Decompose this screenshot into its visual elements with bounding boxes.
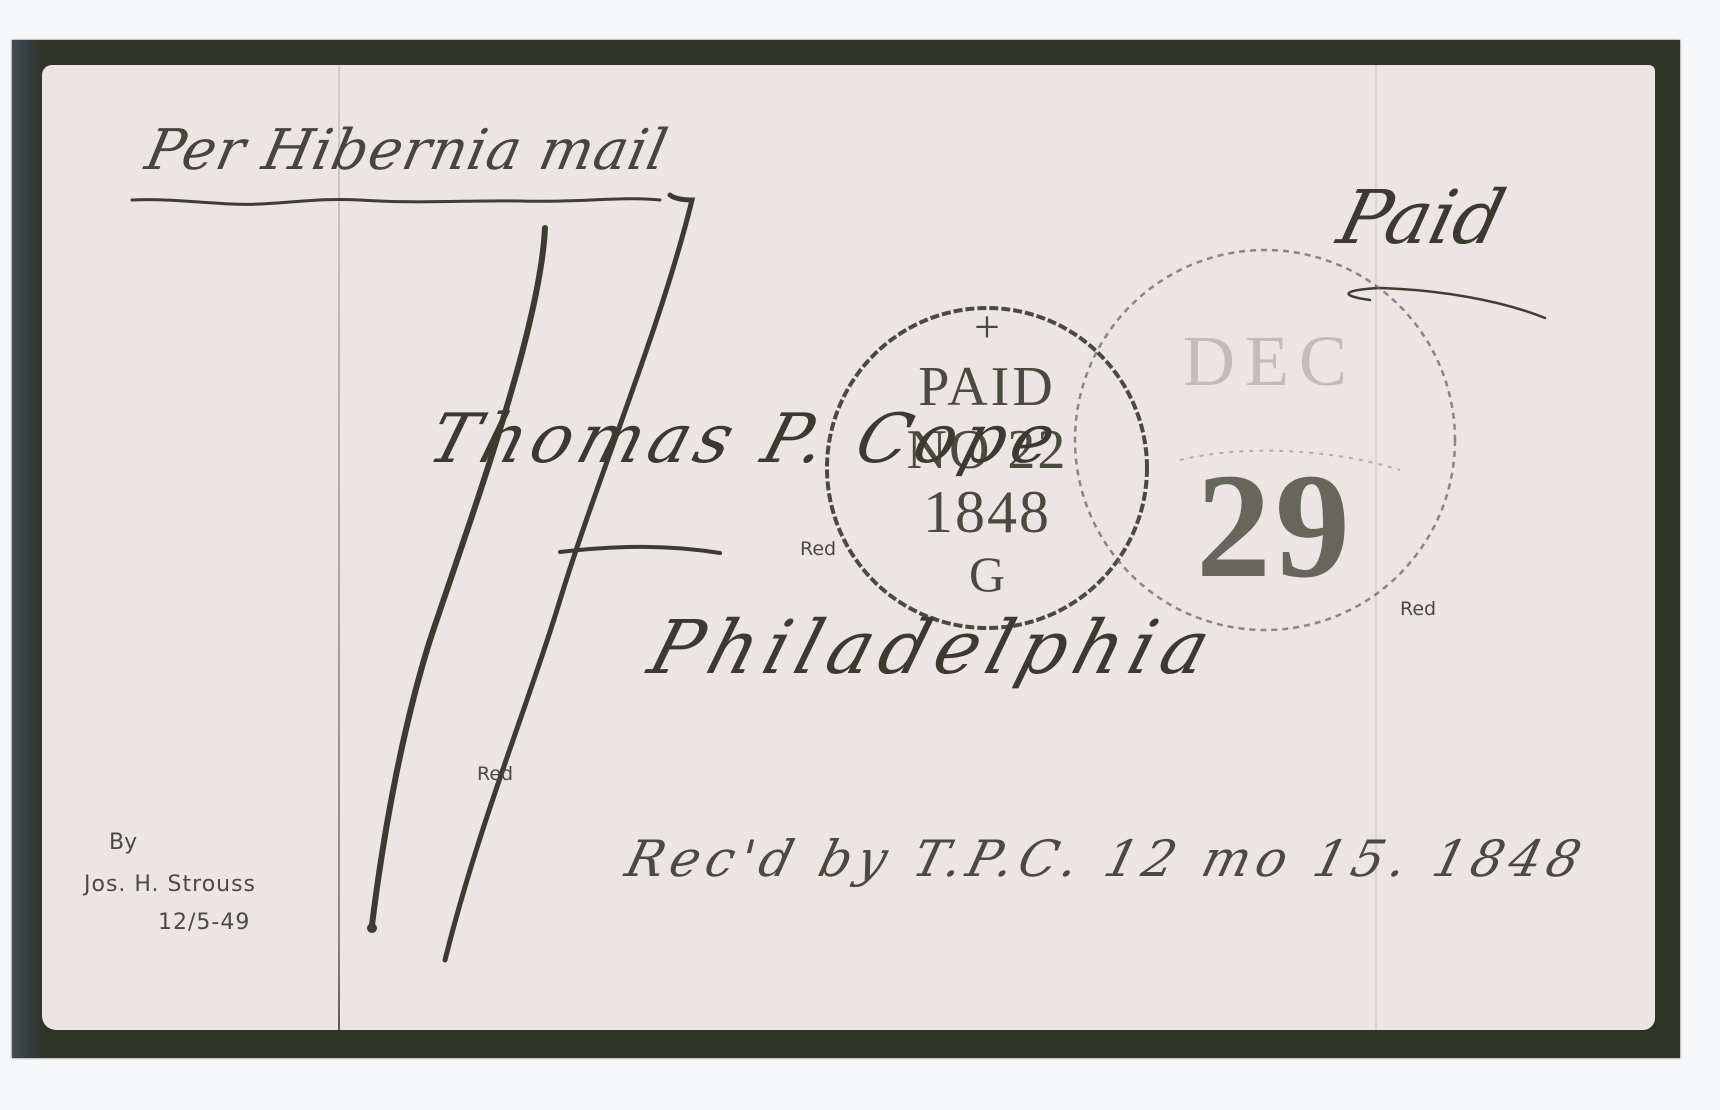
paid-postmark-code: G	[937, 545, 1037, 603]
numeral-postmark-faint-text: DEC	[1160, 320, 1380, 403]
attribution-date: 12/5-49	[158, 910, 250, 935]
paid-postmark-cross: +	[937, 300, 1037, 353]
receipt-docket: Rec'd by T.P.C. 12 mo 15. 1848	[620, 830, 1593, 888]
rate-digit-one	[372, 228, 545, 925]
color-note-red-numeral: Red	[1400, 598, 1436, 620]
route-note: Per Hibernia mail	[140, 118, 674, 183]
addressee-city: Philadelphia	[640, 605, 1227, 691]
addressee-name: Thomas P. Cope	[420, 400, 1070, 479]
attribution-name: Jos. H. Strouss	[84, 872, 256, 897]
color-note-red-postmark: Red	[800, 538, 836, 560]
color-note-red-rate: Red	[477, 763, 513, 785]
numeral-postmark-value: 29	[1150, 440, 1400, 612]
route-underline	[132, 199, 660, 205]
paid-underline	[1349, 288, 1545, 318]
attribution-by: By	[109, 830, 137, 855]
manuscript-paid: Paid	[1330, 175, 1513, 261]
paid-postmark-year: 1848	[887, 478, 1087, 547]
